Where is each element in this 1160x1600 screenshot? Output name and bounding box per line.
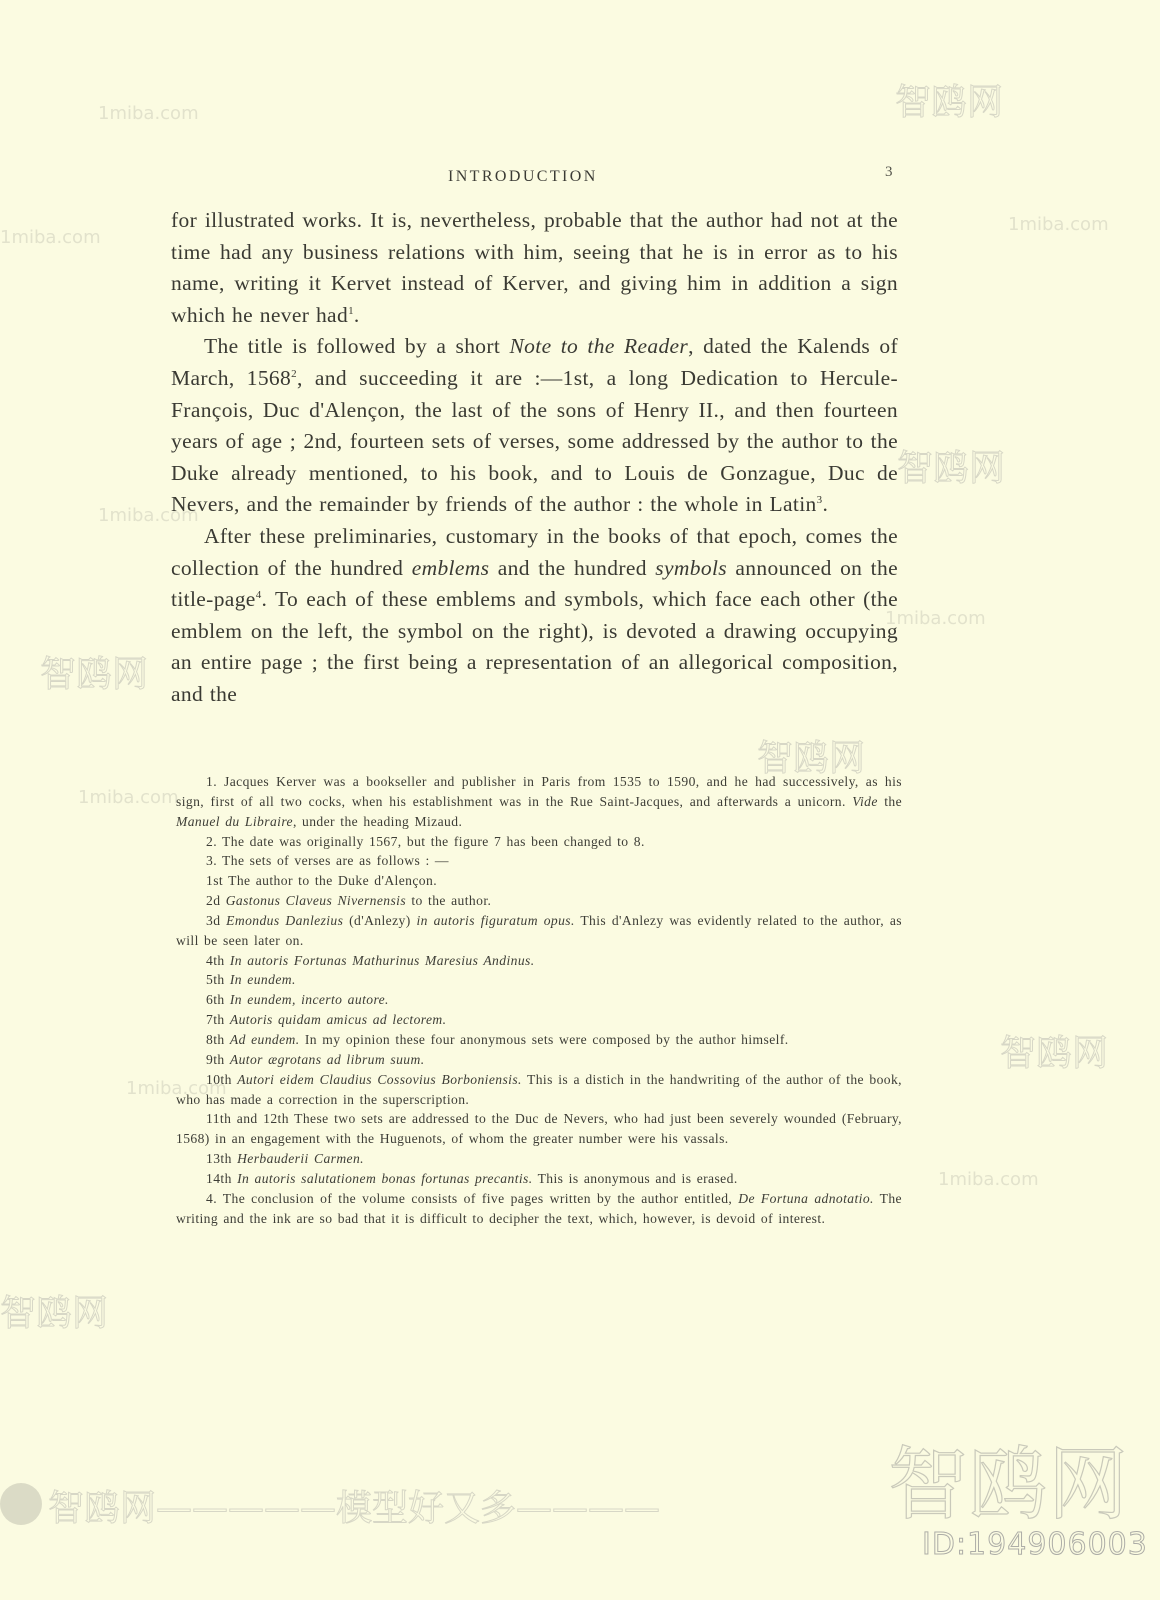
running-head: INTRODUCTION [448, 168, 598, 186]
watermark-id: ID:194906003 [922, 1527, 1148, 1562]
italic-text: Gastonus Claveus Nivernensis [226, 893, 406, 908]
watermark-brand: 智鸥网 [40, 646, 148, 697]
italic-text: emblems [412, 556, 490, 580]
footnote: 2. The date was originally 1567, but the… [176, 832, 902, 852]
paragraph: After these preliminaries, customary in … [171, 521, 898, 711]
footnote: 7th Autoris quidam amicus ad lectorem. [176, 1010, 902, 1030]
italic-text: De Fortuna adnotatio. [738, 1191, 874, 1206]
watermark-site: 1miba.com [938, 1169, 1039, 1190]
watermark-slogan: 智鸥网—————模型好又多———— [48, 1480, 660, 1531]
footnote: 4. The conclusion of the volume consists… [176, 1189, 902, 1229]
footnote: 3d Emondus Danlezius (d'Anlezy) in autor… [176, 911, 902, 951]
footnote: 9th Autor ægrotans ad librum suum. [176, 1050, 902, 1070]
footnote: 14th In autoris salutationem bonas fortu… [176, 1169, 902, 1189]
footnote: 1. Jacques Kerver was a bookseller and p… [176, 772, 902, 832]
footnote-reference: 2 [291, 368, 297, 380]
italic-text: In eundem, incerto autore. [230, 992, 389, 1007]
italic-text: Note to the Reader [509, 334, 688, 358]
page-number: 3 [885, 164, 893, 181]
footnote: 4th In autoris Fortunas Mathurinus Mares… [176, 951, 902, 971]
watermark-site: 1miba.com [885, 608, 986, 629]
footnote: 1st The author to the Duke d'Alençon. [176, 871, 902, 891]
italic-text: symbols [655, 556, 727, 580]
italic-text: Autor ægrotans ad librum suum. [230, 1052, 425, 1067]
footnote: 13th Herbauderii Carmen. [176, 1149, 902, 1169]
body-text: for illustrated works. It is, neverthele… [171, 205, 898, 711]
paragraph: for illustrated works. It is, neverthele… [171, 205, 898, 331]
footnotes: 1. Jacques Kerver was a bookseller and p… [176, 772, 902, 1228]
watermark-site: 1miba.com [78, 787, 179, 808]
footnote-reference: 4 [256, 589, 262, 601]
footnote-reference: 1 [348, 305, 354, 317]
italic-text: In autoris salutationem bonas fortunas p… [237, 1171, 532, 1186]
watermark-site: 1miba.com [0, 227, 101, 248]
footnote: 6th In eundem, incerto autore. [176, 990, 902, 1010]
watermark-brand: 智鸥网 [895, 74, 1003, 125]
italic-text: Herbauderii Carmen. [237, 1151, 364, 1166]
footnote: 11th and 12th These two sets are address… [176, 1109, 902, 1149]
watermark-logo-icon [0, 1483, 42, 1525]
footnote: 5th In eundem. [176, 970, 902, 990]
footnote: 10th Autori eidem Claudius Cossovius Bor… [176, 1070, 902, 1110]
footnote: 8th Ad eundem. In my opinion these four … [176, 1030, 902, 1050]
scanned-book-page: INTRODUCTION 3 for illustrated works. It… [0, 0, 1160, 1600]
italic-text: Autori eidem Claudius Cossovius Borbonie… [237, 1072, 522, 1087]
watermark-site: 1miba.com [98, 103, 199, 124]
watermark-brand: 智鸥网 [897, 440, 1005, 491]
watermark-brand: 智鸥网 [1000, 1025, 1108, 1076]
paragraph: The title is followed by a short Note to… [171, 331, 898, 521]
footnote: 2d Gastonus Claveus Nivernensis to the a… [176, 891, 902, 911]
italic-text: Ad eundem. [230, 1032, 300, 1047]
footnote: 3. The sets of verses are as follows : — [176, 851, 902, 871]
italic-text: in autoris figuratum opus. [416, 913, 574, 928]
italic-text: Manuel du Libraire [176, 814, 293, 829]
italic-text: Vide [852, 794, 878, 809]
watermark-site: 1miba.com [1008, 214, 1109, 235]
italic-text: Emondus Danlezius [226, 913, 343, 928]
italic-text: In autoris Fortunas Mathurinus Maresius … [230, 953, 535, 968]
watermark-brand: 智鸥网 [0, 1285, 108, 1336]
footnote-reference: 3 [817, 494, 823, 506]
italic-text: In eundem. [230, 972, 296, 987]
watermark-brand-large: 智鸥网 [888, 1420, 1128, 1535]
italic-text: Autoris quidam amicus ad lectorem. [230, 1012, 447, 1027]
